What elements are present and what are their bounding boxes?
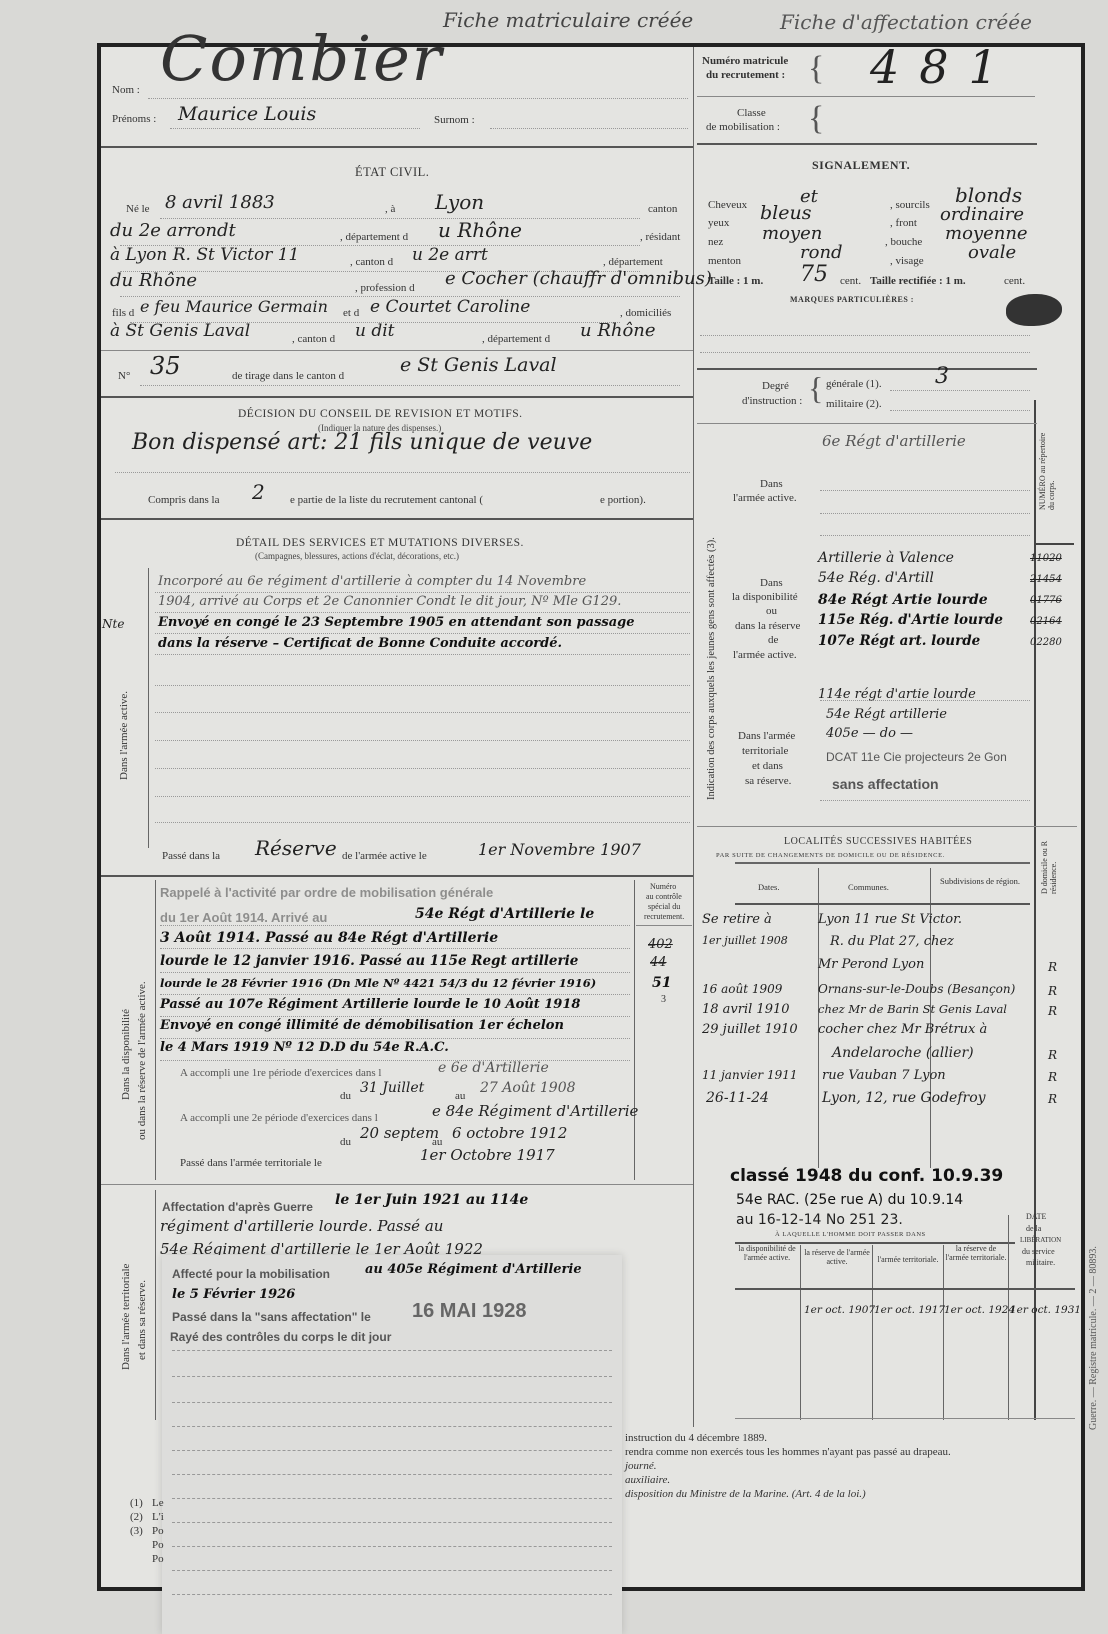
- footnote-marker-1: (1): [130, 1497, 143, 1509]
- registre-margin-text: Guerre. — Registre matricule. — 2 — 8089…: [1088, 1130, 1099, 1430]
- periode2-label: A accompli une 2e période d'exercices da…: [180, 1112, 378, 1124]
- compris-label: Compris dans la: [148, 494, 220, 506]
- controle-header-2: au contrôle: [646, 892, 682, 901]
- front-value: ordinaire: [940, 204, 1024, 225]
- localite-date-9: 26-11-24: [706, 1090, 769, 1106]
- sans-affectation-date: 16 MAI 1928: [412, 1300, 527, 1323]
- localite-dr-4: R: [1048, 984, 1057, 998]
- classe-label-2: de mobilisation :: [706, 121, 780, 133]
- menton-value: rond: [800, 242, 843, 263]
- localite-date-4: 16 août 1909: [702, 982, 782, 996]
- localite-dr-7: R: [1048, 1048, 1057, 1062]
- localite-commune-5: chez Mr de Barin St Genis Laval: [818, 1002, 1007, 1016]
- active-value: 6e Régt d'artillerie: [822, 432, 966, 450]
- reserve-corps-4: 115e Rég. d'Artie lourde: [818, 612, 1003, 628]
- classe-label-1: Classe: [737, 107, 766, 119]
- territoriale-corps-label-3: et dans: [752, 760, 783, 772]
- active-label-2: l'armée active.: [733, 492, 797, 504]
- liberation-note-2: 54e RAC. (25e rue A) du 10.9.14: [736, 1192, 963, 1208]
- territoriale-corps-stamp: sans affectation: [832, 776, 939, 792]
- reserve-number-1: 11020: [1030, 553, 1062, 564]
- et-label: et d: [343, 307, 359, 319]
- domicile-value: à St Genis Laval: [110, 321, 250, 341]
- lieu-naissance: Lyon: [435, 190, 484, 214]
- periode2-du-label: du: [340, 1136, 351, 1148]
- instruction-label-2: d'instruction :: [742, 395, 802, 407]
- periode1-du-label: du: [340, 1090, 351, 1102]
- departement2-value: du Rhône: [110, 270, 197, 291]
- numero-matricule-label-1: Numéro matricule: [702, 55, 788, 67]
- affectation-line-2: régiment d'artillerie lourde. Passé au: [160, 1217, 443, 1235]
- liberation-value-4: 1er oct. 1924: [944, 1304, 1015, 1316]
- services-line-3: Envoyé en congé le 23 Septembre 1905 en …: [158, 615, 635, 630]
- surnom-label: Surnom :: [434, 114, 475, 126]
- signalement-title: SIGNALEMENT.: [812, 158, 910, 173]
- territoriale-side-label-2: et dans sa réserve.: [136, 1250, 148, 1360]
- localite-commune-3: Mr Perond Lyon: [818, 957, 924, 972]
- nom-label: Nom :: [112, 84, 140, 96]
- date-header-1: DATE: [1026, 1212, 1046, 1221]
- affecte-value: au 405e Régiment d'Artillerie: [365, 1262, 582, 1277]
- generale-value: 3: [935, 364, 949, 389]
- pere-value: e feu Maurice Germain: [140, 297, 328, 316]
- reserve-corps-label-3: ou: [766, 605, 777, 617]
- taille-label: Taille : 1 m.: [708, 275, 763, 287]
- ne-le-value: 8 avril 1883: [165, 192, 275, 213]
- territoriale-corps-label-1: Dans l'armée: [738, 730, 795, 742]
- territoriale-label: Passé dans l'armée territoriale le: [180, 1157, 322, 1169]
- reserve-number-3: 01776: [1030, 595, 1062, 606]
- militaire-label: militaire (2).: [826, 398, 882, 410]
- fiche-affectation-note: Fiche d'affectation créée: [780, 10, 1032, 34]
- affecte-date: le 5 Février 1926: [172, 1287, 295, 1302]
- cent-label: cent.: [840, 275, 861, 287]
- reserve-line-6: Envoyé en congé illimité de démobilisati…: [160, 1018, 564, 1033]
- liberation-header-2: À LAQUELLE L'HOMME DOIT PASSER DANS: [775, 1231, 926, 1238]
- periode1-du: 31 Juillet: [360, 1080, 424, 1096]
- liberation-value-3: 1er oct. 1917: [874, 1304, 945, 1316]
- services-title: DÉTAIL DES SERVICES ET MUTATIONS DIVERSE…: [236, 537, 524, 549]
- mobilisation-stamp-1: Rappelé à l'activité par ordre de mobili…: [160, 885, 493, 900]
- localite-dr-3: R: [1048, 960, 1057, 974]
- generale-label: générale (1).: [826, 378, 882, 390]
- departement-value: u Rhône: [438, 218, 522, 242]
- brace: {: [808, 100, 824, 138]
- localite-commune-2: R. du Plat 27, chez: [830, 934, 954, 949]
- visage-label: , visage: [890, 255, 924, 267]
- controle-value-2: 44: [650, 955, 667, 970]
- territoriale-side-label-1: Dans l'armée territoriale: [120, 1240, 132, 1370]
- reserve-side-label-2: ou dans la réserve de l'armée active.: [136, 920, 148, 1140]
- date-header-2: de la: [1026, 1224, 1041, 1233]
- canton2-label: , canton d: [350, 256, 393, 268]
- yeux-value: bleus: [760, 202, 811, 224]
- controle-header-1: Numéro: [650, 882, 676, 891]
- a-label: , à: [385, 203, 395, 215]
- front-label: , front: [890, 217, 917, 229]
- domicilies-label: , domiciliés: [620, 307, 671, 319]
- reserve-side-label-1: Dans la disponibilité: [120, 950, 132, 1100]
- localite-dr-5: R: [1048, 1004, 1057, 1018]
- liberation-col-1: la disponibilité de l'armée active.: [734, 1244, 800, 1262]
- affectation-label: Affectation d'après Guerre: [162, 1200, 313, 1214]
- partie-value: 2: [252, 480, 265, 504]
- tirage-n-label: N°: [118, 370, 130, 382]
- departement3-label: , département d: [482, 333, 550, 345]
- controle-value-4: 3: [661, 994, 666, 1005]
- territoriale-corps-label-2: territoriale: [742, 745, 788, 757]
- numero-repertoire-label: NUMÉRO au répertoire du corps.: [1038, 430, 1056, 510]
- brace: {: [808, 50, 824, 88]
- reserve-corps-label-5: de: [768, 634, 778, 646]
- periode2-au: 6 octobre 1912: [452, 1124, 567, 1142]
- localites-title: LOCALITÉS SUCCESSIVES HABITÉES: [784, 836, 972, 847]
- territoriale-corps-1: 114e régt d'artie lourde: [818, 687, 976, 702]
- active-label-1: Dans: [760, 478, 783, 490]
- reserve-number-5: 02280: [1030, 637, 1062, 648]
- localite-dr-9: R: [1048, 1092, 1057, 1106]
- residence-value: à Lyon R. St Victor 11: [110, 245, 299, 265]
- corps-side-label: Indication des corps auxquels les jeunes…: [706, 460, 717, 800]
- liberation-value-5: 1er oct. 1931: [1010, 1304, 1081, 1316]
- canton3-label: , canton d: [292, 333, 335, 345]
- affectation-line-1: le 1er Juin 1921 au 114e: [335, 1192, 528, 1208]
- localite-date-1: Se retire à: [702, 912, 772, 927]
- bouche-value: moyenne: [945, 223, 1028, 244]
- localites-subtitle: PAR SUITE DE CHANGEMENTS DE DOMICILE OU …: [716, 852, 945, 859]
- localite-commune-4: Ornans-sur-le-Doubs (Besançon): [818, 982, 1015, 996]
- reserve-line-1: 54e Régt d'Artillerie le: [415, 906, 594, 922]
- footnote-marker-2: (2): [130, 1511, 143, 1523]
- footnote-prefix-2: L'i: [152, 1511, 164, 1523]
- date-header-3: LIBÉRATION: [1020, 1236, 1061, 1244]
- reserve-line-7: le 4 Mars 1919 Nº 12 D.D du 54e R.A.C.: [160, 1040, 449, 1055]
- localite-commune-1: Lyon 11 rue St Victor.: [818, 912, 962, 927]
- reserve-corps-label-2: la disponibilité: [732, 591, 798, 603]
- canton-value: du 2e arrondt: [110, 220, 236, 241]
- yeux-label: yeux: [708, 217, 729, 229]
- numero-matricule-value: 481: [870, 40, 1018, 94]
- controle-header-3: spécial du: [648, 902, 680, 911]
- date-header-4: du service: [1022, 1247, 1055, 1256]
- footnote-line-5: disposition du Ministre de la Marine. (A…: [625, 1488, 866, 1500]
- localite-date-5: 18 avril 1910: [702, 1002, 790, 1017]
- partie-label: e partie de la liste du recrutement cant…: [290, 494, 483, 506]
- decision-title: DÉCISION DU CONSEIL DE REVISION ET MOTIF…: [238, 408, 523, 420]
- tirage-canton: e St Genis Laval: [400, 354, 557, 376]
- taille-rectifiee-label: Taille rectifiée : 1 m.: [870, 275, 966, 287]
- visage-value: ovale: [968, 242, 1016, 263]
- profession-label: , profession d: [355, 282, 415, 294]
- decision-text: Bon dispensé art: 21 fils unique de veuv…: [132, 430, 592, 455]
- nom-value: Combier: [160, 22, 443, 95]
- reserve-corps-3: 84e Régt Artie lourde: [818, 592, 988, 608]
- fiche-matriculaire-note: Fiche matriculaire créée: [443, 8, 693, 32]
- reserve-line-5: Passé au 107e Régiment Artillerie lourde…: [160, 997, 580, 1012]
- periode1-unit: e 6e d'Artillerie: [438, 1060, 549, 1076]
- mere-value: e Courtet Caroline: [370, 297, 530, 317]
- ne-le-label: Né le: [126, 203, 150, 215]
- localite-commune-9: Lyon, 12, rue Godefroy: [822, 1090, 986, 1106]
- localites-col-dates: Dates.: [758, 882, 779, 892]
- date-header-5: militaire.: [1026, 1258, 1055, 1267]
- brace: {: [808, 370, 823, 407]
- raye-label: Rayé des contrôles du corps le dit jour: [170, 1330, 391, 1344]
- services-subtitle: (Campagnes, blessures, actions d'éclat, …: [255, 551, 459, 561]
- footnote-line-2: rendra comme non exercés tous les hommes…: [625, 1446, 951, 1458]
- menton-label: menton: [708, 255, 741, 267]
- localite-commune-8: rue Vauban 7 Lyon: [822, 1068, 946, 1083]
- reserve-corps-5: 107e Régt art. lourde: [818, 633, 980, 649]
- territoriale-date: 1er Octobre 1917: [420, 1146, 555, 1164]
- marques-label: MARQUES PARTICULIÈRES :: [790, 295, 914, 304]
- localite-dr-8: R: [1048, 1070, 1057, 1084]
- mobilisation-stamp-2: du 1er Août 1914. Arrivé au: [160, 910, 327, 925]
- territoriale-corps-label-4: sa réserve.: [745, 775, 791, 787]
- localite-date-6: 29 juillet 1910: [702, 1022, 798, 1037]
- controle-value-1: 402: [648, 937, 673, 952]
- liberation-col-4: la réserve de l'armée territoriale.: [944, 1244, 1008, 1262]
- controle-value-3: 51: [652, 975, 671, 991]
- sans-affectation-label: Passé dans la "sans affectation" le: [172, 1310, 371, 1324]
- nez-label: nez: [708, 236, 723, 248]
- footnote-line-3: journé.: [625, 1460, 656, 1472]
- territoriale-corps-2: 54e Régt artillerie: [826, 707, 947, 722]
- services-line-2: 1904, arrivé au Corps et 2e Canonnier Co…: [158, 594, 621, 609]
- reserve-number-2: 21454: [1030, 574, 1062, 585]
- periode2-du: 20 septem: [360, 1124, 439, 1142]
- liberation-col-2: la réserve de l'armée active.: [802, 1248, 872, 1266]
- departement-label: , département d: [340, 231, 408, 243]
- reserve-number-4: 02164: [1030, 616, 1062, 627]
- footnote-marker-3: (3): [130, 1525, 143, 1537]
- ink-blot: [1006, 294, 1062, 326]
- localite-commune-7: Andelaroche (allier): [832, 1045, 974, 1061]
- canton-label: canton: [648, 203, 677, 215]
- prenoms-label: Prénoms :: [112, 113, 156, 125]
- fils-label: fils d: [112, 307, 134, 319]
- footnote-prefix-3: Po: [152, 1525, 164, 1537]
- reserve-corps-label-4: dans la réserve: [735, 620, 800, 632]
- liberation-note-1: classé 1948 du conf. 10.9.39: [730, 1166, 1003, 1186]
- localites-side-label: D domicile ou R résidence.: [1040, 834, 1058, 894]
- margin-note: Nte: [102, 617, 124, 631]
- territoriale-corps-4: DCAT 11e Cie projecteurs 2e Gon: [826, 750, 1007, 764]
- liberation-note-3: au 16-12-14 No 251 23.: [736, 1212, 903, 1228]
- nez-value: moyen: [762, 223, 822, 244]
- prenoms-value: Maurice Louis: [178, 103, 316, 125]
- localite-commune-6: cocher chez Mr Brétrux à: [818, 1022, 987, 1037]
- departement2-label: , département: [603, 256, 663, 268]
- reserve-line-2: 3 Août 1914. Passé au 84e Régt d'Artille…: [160, 930, 498, 946]
- reserve-corps-1: Artillerie à Valence: [818, 550, 954, 566]
- passe-reserve-label: Passé dans la: [162, 850, 220, 862]
- reserve-corps-2: 54e Rég. d'Artill: [818, 570, 934, 586]
- instruction-label-1: Degré: [762, 380, 789, 392]
- tirage-numero: 35: [150, 352, 181, 380]
- controle-header-4: recrutement.: [644, 912, 684, 921]
- periode1-au: 27 Août 1908: [480, 1080, 576, 1096]
- periode1-label: A accompli une 1re période d'exercices d…: [180, 1067, 381, 1079]
- localite-date-2: 1er juillet 1908: [702, 934, 788, 947]
- canton2-value: u 2e arrt: [412, 245, 488, 265]
- territoriale-corps-3: 405e — do —: [826, 726, 913, 741]
- reserve-line-4: lourde le 28 Février 1916 (Dn Mle Nº 442…: [160, 976, 596, 990]
- tirage-label: de tirage dans le canton d: [232, 370, 344, 382]
- residant-label: , résidant: [640, 231, 680, 243]
- sourcils-label: , sourcils: [890, 199, 930, 211]
- reserve-line-3: lourde le 12 janvier 1916. Passé au 115e…: [160, 953, 578, 969]
- affecte-label: Affecté pour la mobilisation: [172, 1267, 330, 1281]
- liberation-value-2: 1er oct. 1907: [804, 1304, 875, 1316]
- footnote-line-4: auxiliaire.: [625, 1474, 670, 1486]
- footnote-prefix-5: Po: [152, 1553, 164, 1565]
- cheveux-label: Cheveux: [708, 199, 747, 211]
- departement3-value: u Rhône: [580, 320, 656, 341]
- cent2-label: cent.: [1004, 275, 1025, 287]
- reserve-corps-label-1: Dans: [760, 577, 783, 589]
- periode1-au-label: au: [455, 1090, 465, 1102]
- localites-col-subdivisions: Subdivisions de région.: [935, 876, 1025, 886]
- bouche-label: , bouche: [885, 236, 922, 248]
- passe-reserve-value: Réserve: [255, 836, 337, 860]
- profession-value: e Cocher (chauffr d'omnibus): [445, 268, 712, 289]
- services-line-4: dans la réserve – Certificat de Bonne Co…: [158, 636, 562, 651]
- localite-date-8: 11 janvier 1911: [702, 1068, 798, 1082]
- footnote-prefix-1: Le: [152, 1497, 164, 1509]
- passe-reserve-label-2: de l'armée active le: [342, 850, 427, 862]
- localites-col-communes: Communes.: [848, 882, 889, 892]
- etat-civil-title: ÉTAT CIVIL.: [355, 165, 429, 180]
- periode2-unit: e 84e Régiment d'Artillerie: [432, 1102, 638, 1120]
- canton3-value: u dit: [355, 321, 395, 341]
- services-line-1: Incorporé au 6e régiment d'artillerie à …: [158, 574, 586, 589]
- liberation-col-3: l'armée territoriale.: [874, 1255, 942, 1264]
- column-divider: [693, 47, 694, 1427]
- reserve-corps-label-6: l'armée active.: [733, 649, 797, 661]
- numero-matricule-label-2: du recrutement :: [706, 69, 785, 81]
- taille-value: 75: [800, 262, 828, 287]
- portion-label: e portion).: [600, 494, 646, 506]
- services-side-label: Dans l'armée active.: [118, 660, 130, 780]
- footnote-line-1: instruction du 4 décembre 1889.: [625, 1432, 767, 1444]
- passe-reserve-date: 1er Novembre 1907: [478, 840, 641, 859]
- footnote-prefix-4: Po: [152, 1539, 164, 1551]
